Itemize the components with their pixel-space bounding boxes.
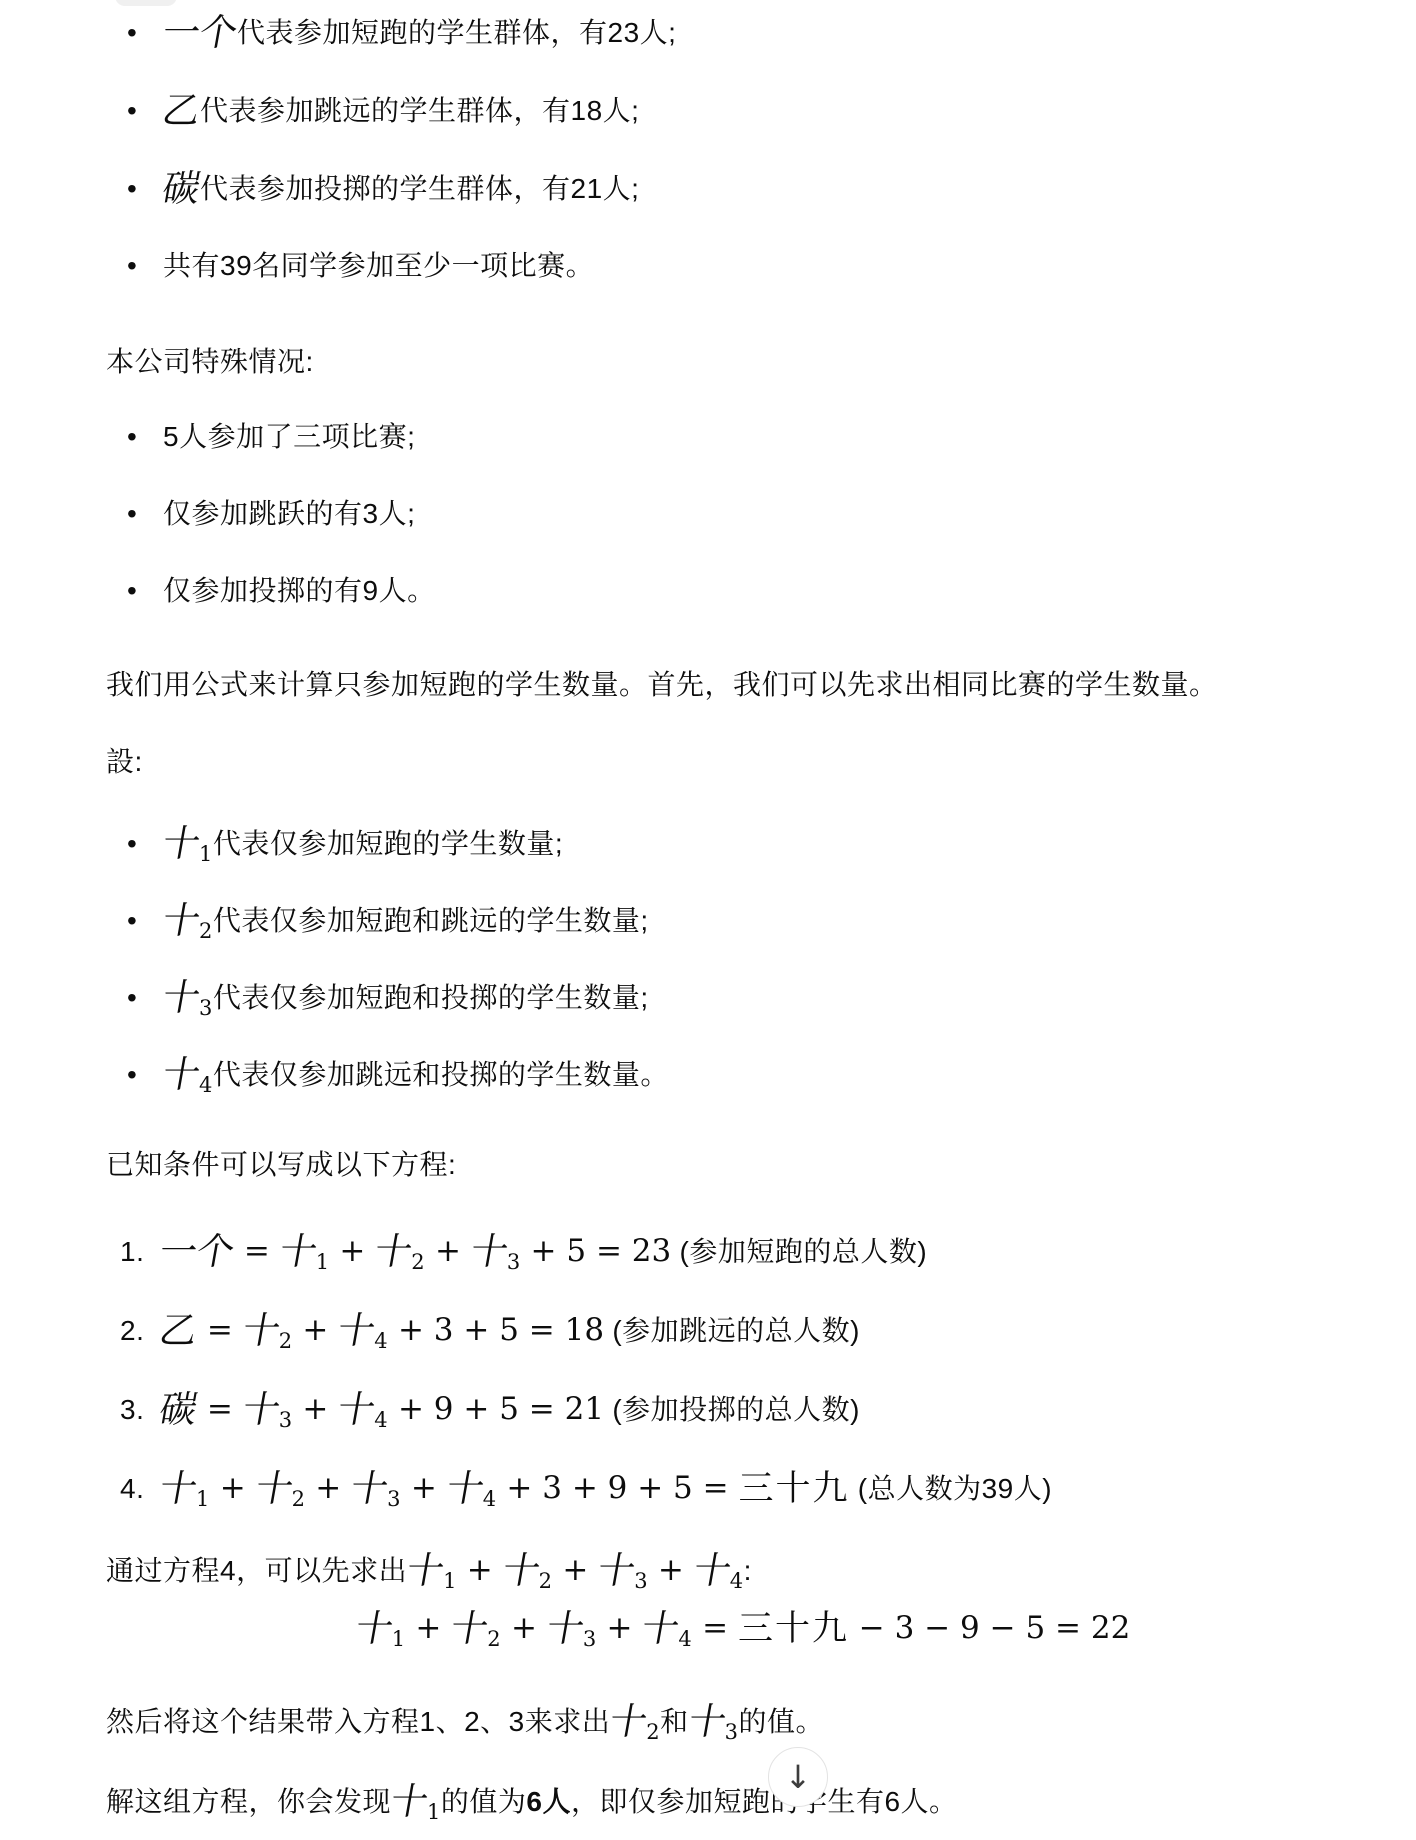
math-variable: 十 xyxy=(443,1470,487,1507)
math-operator-run: + xyxy=(293,1391,339,1427)
math-variable: 十 xyxy=(335,1391,379,1428)
math-variable: 十 xyxy=(239,1312,283,1349)
scroll-to-bottom-button[interactable]: ↓ xyxy=(768,1747,828,1807)
math-operator-run: + xyxy=(305,1470,351,1506)
text-run: 解这组方程，你会发现 xyxy=(106,1786,391,1817)
math-variable: 十 xyxy=(157,1470,201,1507)
math-operator-run: + xyxy=(425,1233,471,1269)
list-item: 仅参加投掷的有9人。 xyxy=(127,573,1380,609)
document-body: 一个代表参加短跑的学生群体，有23人;乙代表参加跳远的学生群体，有18人;碳代表… xyxy=(0,0,1416,1824)
math-subscript: 3 xyxy=(507,1250,521,1274)
text-run: 和 xyxy=(660,1706,689,1737)
math-variable: 十 xyxy=(160,979,204,1016)
math-operator-run: = xyxy=(234,1233,280,1269)
list-item: 十2代表仅参加短跑和跳远的学生数量; xyxy=(127,899,1380,943)
text-run: 通过方程4，可以先求出 xyxy=(106,1555,407,1586)
list-item: 碳代表参加投掷的学生群体，有21人; xyxy=(127,170,1380,207)
math-subscript: 1 xyxy=(392,1627,406,1651)
math-variable: 十 xyxy=(352,1610,396,1647)
text-run: 共有39名同学参加至少一项比赛。 xyxy=(163,250,594,281)
text-run: 代表仅参加跳远和投掷的学生数量。 xyxy=(213,1059,669,1090)
list-item: 乙代表参加跳远的学生群体，有18人; xyxy=(127,92,1380,129)
formula-intro-paragraph: 我们用公式来计算只参加短跑的学生数量。首先，我们可以先求出相同比赛的学生数量。 xyxy=(106,667,1380,703)
math-operator-run: + 3 + 5 = 18 xyxy=(388,1312,604,1348)
math-operator-run: + 5 = 23 xyxy=(521,1233,672,1269)
math-variable: 碳 xyxy=(157,1391,201,1428)
math-subscript: 3 xyxy=(583,1627,597,1651)
math-variable: 十 xyxy=(348,1470,392,1507)
conclusion-paragraph: 解这组方程，你会发现十1的值为6人，即仅参加短跑的学生有6人。 xyxy=(106,1780,1380,1824)
math-variable: 十 xyxy=(448,1610,492,1647)
equation-note: (总人数为39人) xyxy=(849,1473,1052,1504)
equations-intro-paragraph: 已知条件可以写成以下方程: xyxy=(106,1147,1380,1183)
math-operator-run: + xyxy=(401,1470,447,1506)
equation-item: 一个 = 十1 + 十2 + 十3 + 5 = 23 (参加短跑的总人数) xyxy=(120,1225,1380,1278)
text-run: 然后将这个结果带入方程1、2、3来求出 xyxy=(106,1706,610,1737)
math-subscript: 2 xyxy=(411,1250,425,1274)
math-variable: 十 xyxy=(160,825,204,862)
math-subscript: 3 xyxy=(279,1408,293,1432)
text-run: 代表仅参加短跑和跳远的学生数量; xyxy=(213,905,649,936)
text-run: : xyxy=(744,1555,752,1586)
math-subscript: 1 xyxy=(427,1800,441,1824)
math-subscript: 4 xyxy=(374,1329,388,1353)
text-run: 代表仅参加短跑的学生数量; xyxy=(213,828,563,859)
math-operator-run: + xyxy=(457,1552,503,1588)
math-variable: 十 xyxy=(160,1056,204,1093)
math-subscript: 2 xyxy=(292,1487,306,1511)
list-item: 十1代表仅参加短跑的学生数量; xyxy=(127,822,1380,866)
list-item: 5人参加了三项比赛; xyxy=(127,419,1380,455)
text-run: 設: xyxy=(106,746,143,777)
math-subscript: 4 xyxy=(678,1627,692,1651)
math-operator-run: + xyxy=(553,1552,599,1588)
bold-text-run: 6人 xyxy=(526,1786,571,1817)
math-variable: 十 xyxy=(239,1391,283,1428)
math-variable: 十 xyxy=(639,1610,683,1647)
math-variable: 十 xyxy=(252,1470,296,1507)
math-cjk-number: 三十九 xyxy=(738,1469,849,1509)
list-item: 仅参加跳跃的有3人; xyxy=(127,496,1380,532)
math-operator-run: = xyxy=(197,1391,243,1427)
text-run: 代表仅参加短跑和投掷的学生数量; xyxy=(213,982,649,1013)
math-variable: 十 xyxy=(160,902,204,939)
text-run: 代表参加短跑的学生群体，有23人; xyxy=(237,17,676,48)
math-operator-run: + xyxy=(210,1470,256,1506)
math-operator-run: + 3 + 9 + 5 = xyxy=(497,1470,739,1506)
text-run: 的值。 xyxy=(738,1706,824,1737)
math-variable: 十 xyxy=(276,1233,320,1270)
equation-list: 一个 = 十1 + 十2 + 十3 + 5 = 23 (参加短跑的总人数)乙 =… xyxy=(120,1225,1380,1515)
math-operator-run: + 9 + 5 = 21 xyxy=(388,1391,604,1427)
math-subscript: 3 xyxy=(387,1487,401,1511)
substitute-paragraph: 然后将这个结果带入方程1、2、3来求出十2和十3的值。 xyxy=(106,1700,1380,1744)
math-operator-run: + xyxy=(597,1610,643,1646)
groups-list: 一个代表参加短跑的学生群体，有23人;乙代表参加跳远的学生群体，有18人;碳代表… xyxy=(127,14,1380,284)
math-variable: 十 xyxy=(595,1552,639,1589)
math-subscript: 2 xyxy=(539,1569,553,1593)
math-subscript: 1 xyxy=(443,1569,457,1593)
math-variable: 十 xyxy=(468,1233,512,1270)
math-operator-run: + xyxy=(330,1233,376,1269)
math-operator-run: = xyxy=(692,1610,738,1646)
math-variable: 十 xyxy=(388,1783,432,1820)
math-operator-run: = xyxy=(197,1312,243,1348)
display-equation: 十1 + 十2 + 十3 + 十4 = 三十九 − 3 − 9 − 5 = 22 xyxy=(106,1601,1380,1656)
math-subscript: 3 xyxy=(725,1720,739,1744)
math-subscript: 4 xyxy=(199,1073,213,1097)
math-subscript: 4 xyxy=(730,1569,744,1593)
math-variable: 十 xyxy=(544,1610,588,1647)
text-run: 已知条件可以写成以下方程: xyxy=(106,1149,456,1180)
math-variable: 十 xyxy=(372,1233,416,1270)
list-item: 共有39名同学参加至少一项比赛。 xyxy=(127,248,1380,284)
math-subscript: 4 xyxy=(483,1487,497,1511)
variables-list: 十1代表仅参加短跑的学生数量;十2代表仅参加短跑和跳远的学生数量;十3代表仅参加… xyxy=(127,822,1380,1097)
text-run: 本公司特殊情况: xyxy=(106,346,314,377)
solve-eq4-paragraph: 通过方程4，可以先求出十1 + 十2 + 十3 + 十4: xyxy=(106,1548,1380,1593)
text-run: 的值为 xyxy=(441,1786,527,1817)
math-variable: 一个 xyxy=(157,1233,238,1270)
math-operator-run: + xyxy=(648,1552,694,1588)
math-variable: 十 xyxy=(499,1552,543,1589)
math-variable: 一个 xyxy=(160,14,241,51)
math-subscript: 1 xyxy=(196,1487,210,1511)
math-variable: 乙 xyxy=(160,92,204,129)
list-item: 一个代表参加短跑的学生群体，有23人; xyxy=(127,14,1380,51)
text-run: 5人参加了三项比赛; xyxy=(163,421,415,452)
math-variable: 乙 xyxy=(157,1312,201,1349)
math-variable: 十 xyxy=(607,1703,651,1740)
text-run: 仅参加跳跃的有3人; xyxy=(163,498,415,529)
equation-note: (参加投掷的总人数) xyxy=(604,1394,860,1425)
math-variable: 十 xyxy=(691,1552,735,1589)
let-paragraph: 設: xyxy=(106,744,1380,780)
down-arrow-icon: ↓ xyxy=(785,1761,812,1793)
math-subscript: 1 xyxy=(316,1250,330,1274)
special-cases-paragraph: 本公司特殊情况: xyxy=(106,344,1380,380)
text-run: 仅参加投掷的有9人。 xyxy=(163,575,436,606)
math-subscript: 2 xyxy=(646,1720,660,1744)
equation-item: 乙 = 十2 + 十4 + 3 + 5 = 18 (参加跳远的总人数) xyxy=(120,1304,1380,1357)
math-subscript: 2 xyxy=(487,1627,501,1651)
math-variable: 十 xyxy=(335,1312,379,1349)
math-subscript: 2 xyxy=(279,1329,293,1353)
math-subscript: 1 xyxy=(199,842,213,866)
math-variable: 十 xyxy=(685,1703,729,1740)
math-operator-run: + xyxy=(406,1610,452,1646)
equation-note: (参加短跑的总人数) xyxy=(671,1236,927,1267)
math-subscript: 3 xyxy=(199,996,213,1020)
math-operator-run: + xyxy=(501,1610,547,1646)
list-item: 十3代表仅参加短跑和投掷的学生数量; xyxy=(127,976,1380,1020)
math-subscript: 2 xyxy=(199,919,213,943)
math-operator-run: + xyxy=(293,1312,339,1348)
list-item: 十4代表仅参加跳远和投掷的学生数量。 xyxy=(127,1053,1380,1097)
math-variable: 碳 xyxy=(160,170,204,207)
text-run: ，即仅参加短跑的学生有6人。 xyxy=(571,1786,958,1817)
equation-note: (参加跳远的总人数) xyxy=(604,1315,860,1346)
chat-page: 一个代表参加短跑的学生群体，有23人;乙代表参加跳远的学生群体，有18人;碳代表… xyxy=(0,0,1416,1840)
text-run: 我们用公式来计算只参加短跑的学生数量。首先，我们可以先求出相同比赛的学生数量。 xyxy=(106,669,1218,700)
math-subscript: 3 xyxy=(634,1569,648,1593)
math-subscript: 4 xyxy=(374,1408,388,1432)
math-variable: 十 xyxy=(404,1552,448,1589)
text-run: 代表参加投掷的学生群体，有21人; xyxy=(200,173,639,204)
math-cjk-number: 三十九 xyxy=(738,1609,849,1649)
equation-item: 十1 + 十2 + 十3 + 十4 + 3 + 9 + 5 = 三十九 (总人数… xyxy=(120,1462,1380,1515)
math-operator-run: − 3 − 9 − 5 = 22 xyxy=(849,1610,1130,1646)
equation-item: 碳 = 十3 + 十4 + 9 + 5 = 21 (参加投掷的总人数) xyxy=(120,1383,1380,1436)
special-cases-list: 5人参加了三项比赛;仅参加跳跃的有3人;仅参加投掷的有9人。 xyxy=(127,419,1380,609)
text-run: 代表参加跳远的学生群体，有18人; xyxy=(200,95,639,126)
